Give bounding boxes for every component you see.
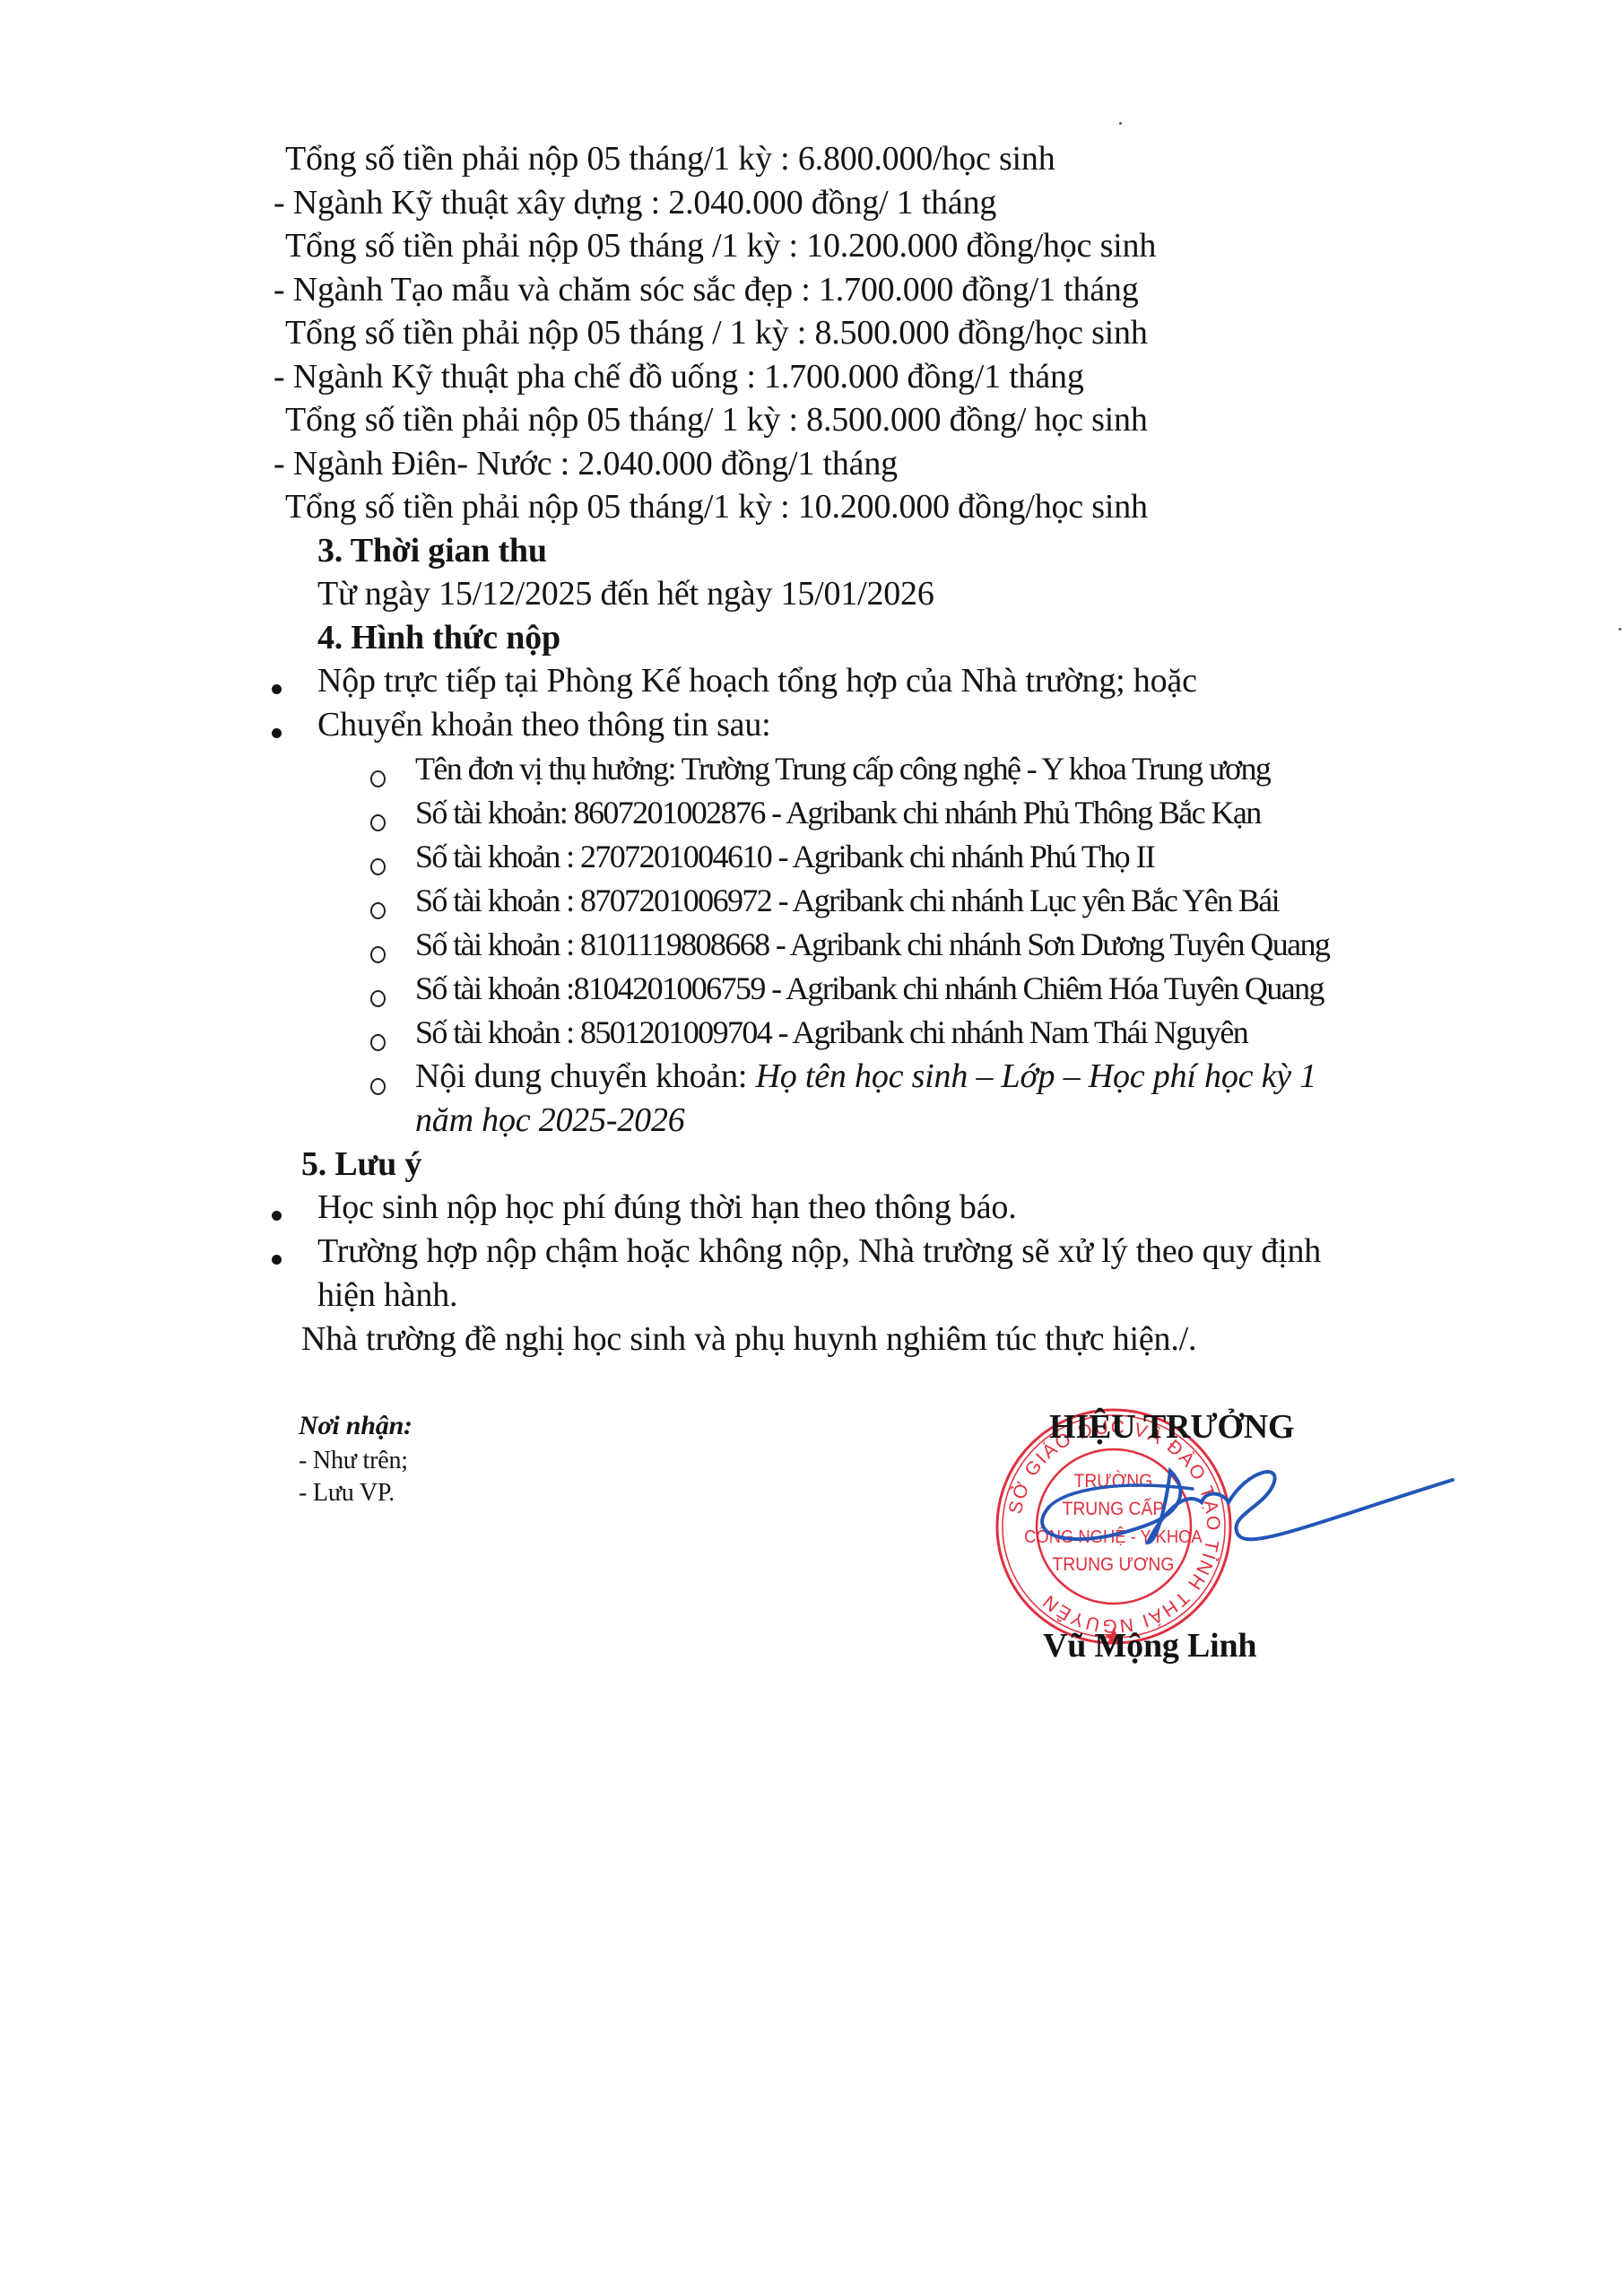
section-4-heading: 4. Hình thức nộp bbox=[317, 617, 560, 658]
bullet-icon bbox=[272, 728, 282, 738]
transfer-content-value: Họ tên học sinh – Lớp – Học phí học kỳ 1 bbox=[756, 1057, 1316, 1095]
circle-bullet-icon bbox=[370, 814, 386, 831]
document-page: Tổng số tiền phải nộp 05 tháng/1 kỳ : 6.… bbox=[0, 0, 1624, 2296]
note-item: Học sinh nộp học phí đúng thời hạn theo … bbox=[317, 1187, 1017, 1228]
note-item-continuation: hiện hành. bbox=[317, 1274, 457, 1316]
bank-account-item: Số tài khoản : 8707201006972 - Agribank … bbox=[415, 880, 1279, 921]
fee-total-line: Tổng số tiền phải nộp 05 tháng / 1 kỳ : … bbox=[285, 312, 1148, 353]
recipient-item: - Như trên; bbox=[299, 1446, 408, 1476]
signer-name: Vũ Mộng Linh bbox=[1043, 1625, 1256, 1666]
note-item: Trường hợp nộp chậm hoặc không nộp, Nhà … bbox=[317, 1231, 1321, 1272]
transfer-content-continuation: năm học 2025-2026 bbox=[415, 1100, 685, 1141]
scan-speck bbox=[1119, 122, 1122, 125]
fee-total-line: Tổng số tiền phải nộp 05 tháng /1 kỳ : 1… bbox=[285, 225, 1156, 266]
bullet-icon bbox=[272, 684, 282, 694]
fee-major-line: - Ngành Kỹ thuật pha chế đồ uống : 1.700… bbox=[274, 356, 1084, 397]
section-3-heading: 3. Thời gian thu bbox=[317, 530, 547, 571]
circle-bullet-icon bbox=[370, 946, 386, 963]
transfer-content: Nội dung chuyển khoản: Họ tên học sinh –… bbox=[415, 1056, 1316, 1097]
bullet-icon bbox=[272, 1255, 282, 1265]
fee-major-line: - Ngành Điên- Nước : 2.040.000 đồng/1 th… bbox=[274, 443, 898, 484]
fee-total-line: Tổng số tiền phải nộp 05 tháng/ 1 kỳ : 8… bbox=[285, 399, 1148, 440]
payment-method-transfer: Chuyển khoản theo thông tin sau: bbox=[317, 704, 771, 745]
circle-bullet-icon bbox=[370, 990, 386, 1007]
beneficiary-name: Tên đơn vị thụ hưởng: Trường Trung cấp c… bbox=[415, 748, 1270, 789]
collection-period: Từ ngày 15/12/2025 đến hết ngày 15/01/20… bbox=[317, 573, 934, 614]
circle-bullet-icon bbox=[370, 858, 386, 875]
recipients-title: Nơi nhận: bbox=[299, 1411, 413, 1441]
bank-account-item: Số tài khoản : 8501201009704 - Agribank … bbox=[415, 1012, 1247, 1053]
payment-method-in-person: Nộp trực tiếp tại Phòng Kế hoạch tổng hợ… bbox=[317, 660, 1197, 701]
fee-major-line: - Ngành Kỹ thuật xây dựng : 2.040.000 đồ… bbox=[274, 182, 996, 223]
circle-bullet-icon bbox=[370, 902, 386, 919]
recipient-item: - Lưu VP. bbox=[299, 1478, 395, 1509]
circle-bullet-icon bbox=[370, 1034, 386, 1051]
bullet-icon bbox=[272, 1211, 282, 1221]
bank-account-item: Số tài khoản :8104201006759 - Agribank c… bbox=[415, 968, 1324, 1009]
fee-total-line: Tổng số tiền phải nộp 05 tháng/1 kỳ : 10… bbox=[285, 486, 1148, 527]
handwritten-signature bbox=[1013, 1453, 1462, 1561]
bank-account-item: Số tài khoản : 2707201004610 - Agribank … bbox=[415, 836, 1154, 877]
bank-account-item: Số tài khoản : 8101119808668 - Agribank … bbox=[415, 924, 1329, 965]
bank-account-item: Số tài khoản: 8607201002876 - Agribank c… bbox=[415, 792, 1261, 833]
scan-speck bbox=[1619, 628, 1621, 631]
signer-title: HIỆU TRƯỞNG bbox=[1049, 1406, 1294, 1448]
fee-total-line: Tổng số tiền phải nộp 05 tháng/1 kỳ : 6.… bbox=[285, 138, 1055, 179]
circle-bullet-icon bbox=[370, 1078, 386, 1095]
transfer-content-label: Nội dung chuyển khoản: bbox=[415, 1057, 756, 1095]
closing-statement: Nhà trường đề nghị học sinh và phụ huynh… bbox=[301, 1318, 1196, 1360]
circle-bullet-icon bbox=[370, 770, 386, 787]
section-5-heading: 5. Lưu ý bbox=[301, 1144, 421, 1185]
fee-major-line: - Ngành Tạo mẫu và chăm sóc sắc đẹp : 1.… bbox=[274, 269, 1139, 310]
